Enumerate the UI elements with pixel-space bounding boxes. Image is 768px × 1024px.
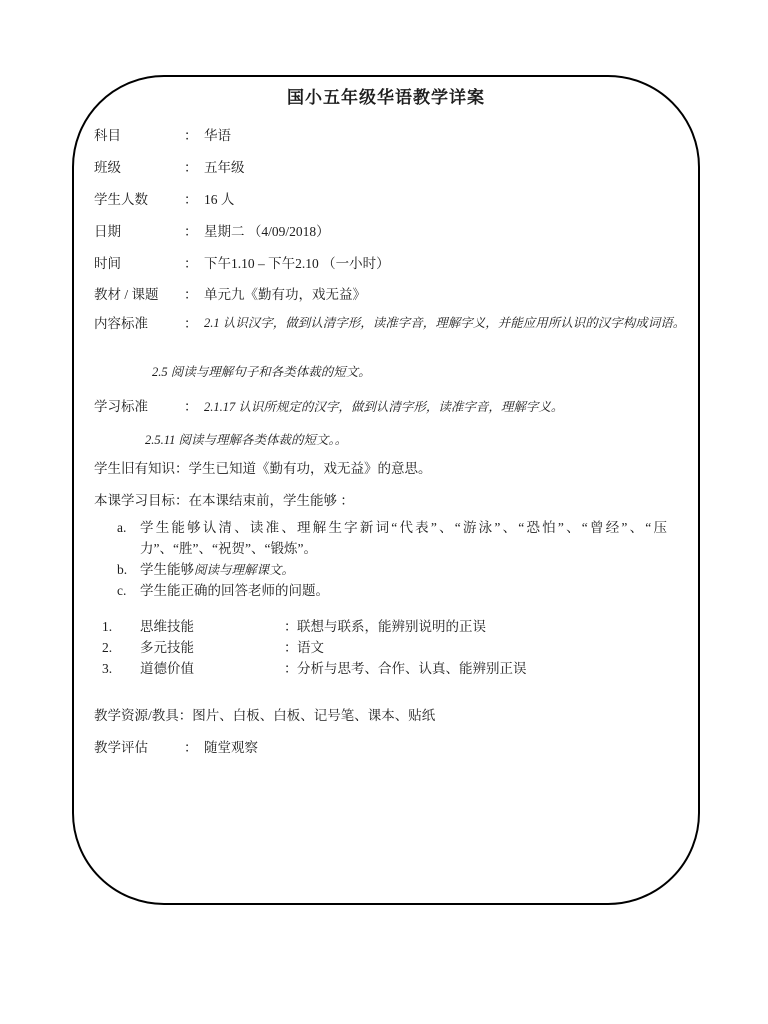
assessment-label: 教学评估 bbox=[94, 739, 184, 756]
content-standard-item-1: 2.1 认识汉字，做到认清字形，读准字音，理解字义，并能应用所认识的汉字构成词语… bbox=[204, 312, 690, 334]
skill-value-1: 联想与联系，能辨别说明的正误 bbox=[297, 619, 486, 634]
skill-label-2: 多元技能 bbox=[140, 639, 284, 656]
colon-content-standard: ： bbox=[184, 315, 204, 332]
colon-skill-1: ： bbox=[284, 618, 297, 635]
field-row-date: 日期：星期二 （4/09/2018） bbox=[94, 223, 330, 240]
prior-knowledge-value: 学生已知道《勤有功，戏无益》的意思。 bbox=[189, 461, 432, 476]
objectives-heading: 本课学习目标：在本课结束前，学生能够 ： bbox=[94, 492, 354, 509]
skill-label-3: 道德价值 bbox=[140, 660, 284, 677]
field-value-student-count: 16 人 bbox=[204, 192, 234, 207]
colon-assessment: ： bbox=[184, 739, 204, 756]
assessment-row: 教学评估：随堂观察 bbox=[94, 739, 258, 756]
field-row-student-count: 学生人数：16 人 bbox=[94, 191, 234, 208]
colon-date: ： bbox=[184, 223, 204, 240]
skill-num-2: 2. bbox=[102, 639, 140, 656]
objective-text-b-kai: 阅读与理解课文。 bbox=[194, 563, 294, 577]
objective-item-b: b.学生能够阅读与理解课文。 bbox=[117, 559, 667, 581]
skill-value-2: 语文 bbox=[297, 640, 324, 655]
field-label-student-count: 学生人数 bbox=[94, 191, 184, 208]
field-value-class: 五年级 bbox=[204, 160, 245, 175]
resources-label: 教学资源/教具： bbox=[94, 708, 192, 723]
field-value-date: 星期二 （4/09/2018） bbox=[204, 224, 330, 239]
colon-skill-3: ： bbox=[284, 660, 297, 677]
learning-standard-label: 学习标准 bbox=[94, 398, 184, 415]
content-standard-label: 内容标准 bbox=[94, 315, 184, 332]
content-standard-row: 内容标准：2.1 认识汉字，做到认清字形，读准字音，理解字义，并能应用所认识的汉… bbox=[94, 315, 690, 334]
field-value-topic: 单元九《勤有功，戏无益》 bbox=[204, 287, 366, 302]
objective-text-b-prefix: 学生能够 bbox=[140, 562, 194, 577]
colon-topic: ： bbox=[184, 286, 204, 303]
skill-row-moral: 3.道德价值：分析与思考、合作、认真、能辨别正误 bbox=[102, 660, 527, 677]
skill-row-thinking: 1.思维技能：联想与联系，能辨别说明的正误 bbox=[102, 618, 486, 635]
skill-num-1: 1. bbox=[102, 618, 140, 635]
field-row-class: 班级：五年级 bbox=[94, 159, 245, 176]
colon-student-count: ： bbox=[184, 191, 204, 208]
field-label-time: 时间 bbox=[94, 255, 184, 272]
objectives-heading-label: 本课学习目标： bbox=[94, 493, 189, 508]
page-title: 国小五年级华语教学详案 bbox=[74, 88, 698, 108]
field-row-topic: 教材 / 课题：单元九《勤有功，戏无益》 bbox=[94, 286, 366, 303]
field-row-time: 时间：下午1.10 – 下午2.10 （一小时） bbox=[94, 255, 390, 272]
field-value-subject: 华语 bbox=[204, 128, 231, 143]
assessment-value: 随堂观察 bbox=[204, 740, 258, 755]
objective-text-a: 学生能够认清、读准、理解生字新词“代表”、“游泳”、“恐怕”、“曾经”、“压力”… bbox=[140, 517, 667, 559]
lesson-plan-sheet: 国小五年级华语教学详案 科目：华语 班级：五年级 学生人数：16 人 日期：星期… bbox=[72, 75, 700, 905]
learning-standard-row: 学习标准：2.1.17 认识所规定的汉字，做到认清字形，读准字音，理解字义。 bbox=[94, 398, 563, 416]
colon-time: ： bbox=[184, 255, 204, 272]
field-label-date: 日期 bbox=[94, 223, 184, 240]
objective-marker-b: b. bbox=[117, 559, 140, 580]
colon-class: ： bbox=[184, 159, 204, 176]
resources-value: 图片、白板、白板、记号笔、课本、贴纸 bbox=[192, 708, 435, 723]
objective-text-c: 学生能正确的回答老师的问题。 bbox=[140, 580, 667, 601]
skill-label-1: 思维技能 bbox=[140, 618, 284, 635]
colon-skill-2: ： bbox=[284, 639, 297, 656]
objective-marker-c: c. bbox=[117, 580, 140, 601]
field-label-subject: 科目 bbox=[94, 127, 184, 144]
prior-knowledge-label: 学生旧有知识： bbox=[94, 461, 189, 476]
learning-standard-item-2: 2.5.11 阅读与理解各类体裁的短文。。 bbox=[145, 432, 347, 449]
field-value-time: 下午1.10 – 下午2.10 （一小时） bbox=[204, 256, 390, 271]
objective-marker-a: a. bbox=[117, 517, 140, 538]
objectives-heading-value: 在本课结束前，学生能够 ： bbox=[189, 493, 354, 508]
colon-subject: ： bbox=[184, 127, 204, 144]
learning-standard-item-1: 2.1.17 认识所规定的汉字，做到认清字形，读准字音，理解字义。 bbox=[204, 400, 563, 414]
colon-learning-standard: ： bbox=[184, 398, 204, 415]
field-label-topic: 教材 / 课题 bbox=[94, 286, 184, 303]
resources-row: 教学资源/教具：图片、白板、白板、记号笔、课本、贴纸 bbox=[94, 707, 435, 724]
prior-knowledge-row: 学生旧有知识：学生已知道《勤有功，戏无益》的意思。 bbox=[94, 460, 432, 477]
skill-num-3: 3. bbox=[102, 660, 140, 677]
skill-value-3: 分析与思考、合作、认真、能辨别正误 bbox=[297, 661, 527, 676]
field-row-subject: 科目：华语 bbox=[94, 127, 231, 144]
objective-item-c: c.学生能正确的回答老师的问题。 bbox=[117, 580, 667, 601]
objective-item-a: a.学生能够认清、读准、理解生字新词“代表”、“游泳”、“恐怕”、“曾经”、“压… bbox=[117, 517, 667, 559]
content-standard-item-2: 2.5 阅读与理解句子和各类体裁的短文。 bbox=[152, 364, 371, 381]
field-label-class: 班级 bbox=[94, 159, 184, 176]
skill-row-multi: 2.多元技能：语文 bbox=[102, 639, 324, 656]
